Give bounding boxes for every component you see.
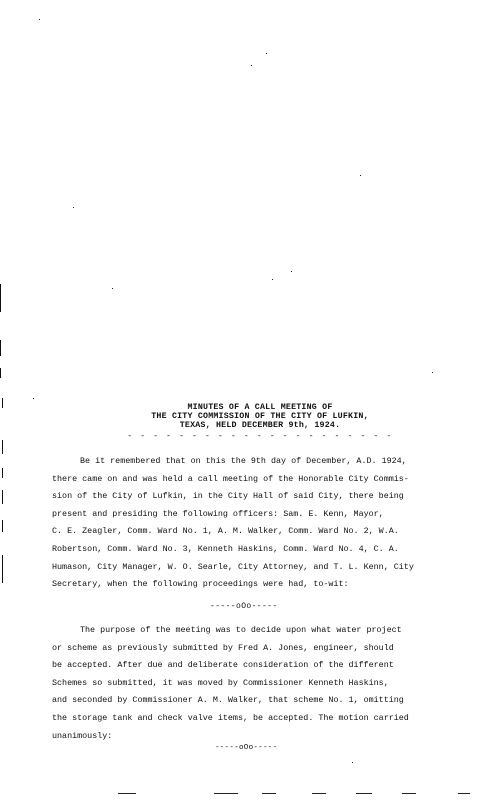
scan-margin-mark	[2, 398, 3, 408]
text-line: unanimously:	[52, 728, 472, 746]
scan-edge-mark	[458, 793, 470, 794]
text-line: present and presiding the following offi…	[52, 506, 472, 524]
heading-line-3: TEXAS, HELD DECEMBER 9th, 1924.	[110, 421, 410, 430]
scan-edge-mark	[312, 793, 326, 794]
scan-margin-mark	[2, 555, 3, 583]
text-line: Secretary, when the following proceeding…	[52, 576, 472, 594]
text-line: be accepted. After due and deliberate co…	[52, 657, 472, 675]
text-line: Schemes so submitted, it was moved by Co…	[52, 675, 472, 693]
text-line: Robertson, Comm. Ward No. 3, Kenneth Has…	[52, 541, 472, 559]
text-line: Humason, City Manager, W. O. Searle, Cit…	[52, 559, 472, 577]
scan-speck	[39, 19, 40, 20]
text-line: Be it remembered that on this the 9th da…	[52, 453, 472, 471]
text-line: or scheme as previously submitted by Fre…	[52, 640, 472, 658]
section-separator: -----oOo-----	[210, 602, 278, 611]
scan-speck	[432, 372, 433, 373]
scan-edge-mark	[262, 793, 276, 794]
scan-edge-mark	[356, 793, 372, 794]
scan-edge-mark	[402, 793, 416, 794]
scan-margin-mark	[0, 368, 1, 378]
scan-speck	[360, 175, 361, 176]
heading-line-2: THE CITY COMMISSION OF THE CITY OF LUFKI…	[110, 412, 410, 421]
scan-margin-mark	[2, 440, 3, 454]
closing-separator: -----oOo-----	[215, 744, 277, 752]
scan-edge-mark	[118, 793, 136, 794]
scan-speck	[266, 53, 267, 54]
paragraph-motion: The purpose of the meeting was to decide…	[52, 622, 472, 745]
text-line: and seconded by Commissioner A. M. Walke…	[52, 692, 472, 710]
heading-line-1: MINUTES OF A CALL MEETING OF	[110, 403, 410, 412]
scan-speck	[73, 207, 74, 208]
scan-margin-mark	[0, 284, 1, 312]
text-line: The purpose of the meeting was to decide…	[52, 622, 472, 640]
scan-speck	[33, 398, 34, 399]
scan-margin-mark	[2, 468, 3, 478]
document-heading: MINUTES OF A CALL MEETING OF THE CITY CO…	[110, 403, 410, 441]
scan-edge-mark	[214, 793, 238, 794]
text-line: there came on and was held a call meetin…	[52, 471, 472, 489]
text-line: C. E. Zeagler, Comm. Ward No. 1, A. M. W…	[52, 523, 472, 541]
scan-margin-mark	[0, 340, 1, 356]
scanned-document-page: MINUTES OF A CALL MEETING OF THE CITY CO…	[0, 0, 488, 800]
text-line: the storage tank and check valve items, …	[52, 710, 472, 728]
scan-speck	[352, 762, 353, 763]
scan-speck	[112, 288, 113, 289]
scan-margin-mark	[2, 490, 3, 504]
scan-margin-mark	[2, 520, 3, 532]
heading-rule: - - - - - - - - - - - - - - - - - - - - …	[110, 432, 410, 441]
scan-speck	[251, 65, 252, 66]
scan-speck	[291, 271, 292, 272]
text-line: sion of the City of Lufkin, in the City …	[52, 488, 472, 506]
scan-speck	[272, 279, 273, 280]
paragraph-attendance: Be it remembered that on this the 9th da…	[52, 453, 472, 594]
